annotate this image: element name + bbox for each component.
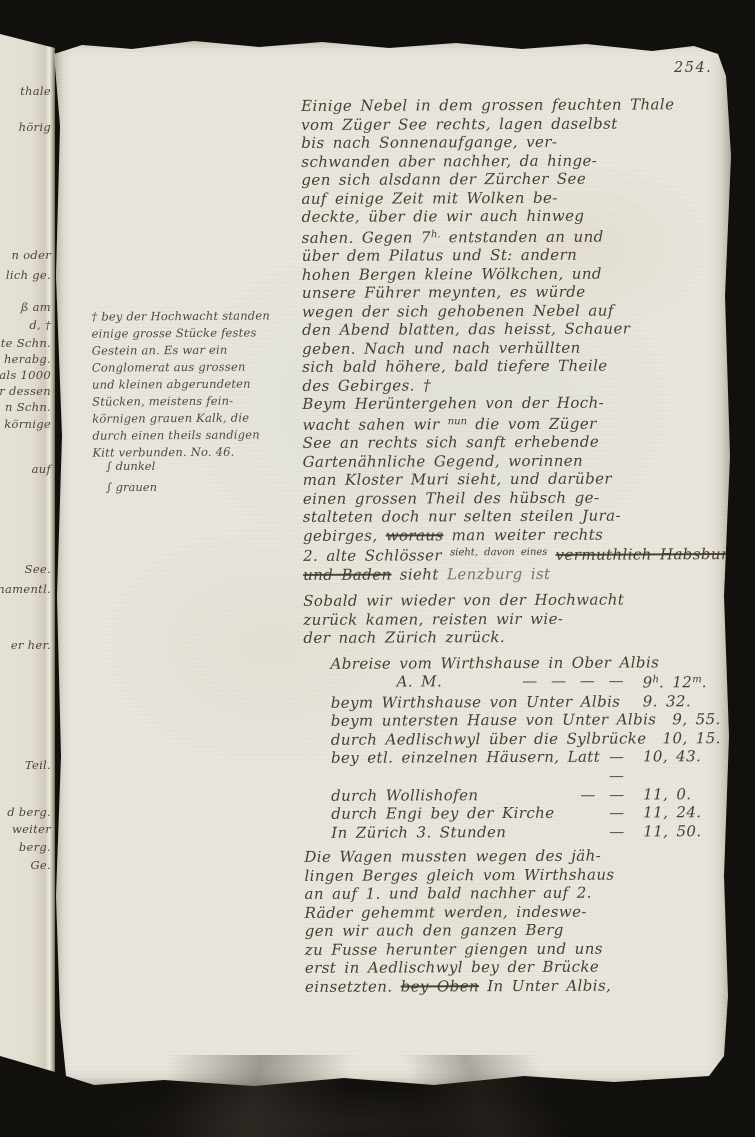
margin-color-insertions: ∫ dunkel∫ grauen [106, 456, 157, 498]
left-page-text-fragment: ß am [21, 300, 51, 314]
margin-note-line: körnigen grauen Kalk, die [85, 409, 290, 427]
text-line: zurück kamen, reisten wir wie- [290, 609, 736, 629]
text-line: des Gebirges. † [289, 375, 735, 395]
itinerary-dash [656, 710, 672, 729]
text-line: und Baden sieht Lenzburg ist [290, 564, 736, 584]
itinerary-row: beym untersten Hause von Unter Albis 9, … [331, 710, 715, 730]
itinerary-place: durch Aedlischwyl über die Sylbrücke [331, 729, 647, 749]
left-page-text-fragment: er her. [11, 638, 51, 652]
itinerary-dash: — — — — [442, 671, 643, 692]
text-line: deckte, über die wir auch hinweg [289, 206, 735, 226]
left-page-text-fragment: nter dessen [0, 384, 51, 398]
itinerary-place: durch Wollishofen [331, 786, 478, 805]
text-line: den Abend blatten, das heisst, Schauer [289, 319, 735, 339]
text-line: zu Fusse herunter giengen und uns [292, 939, 738, 959]
text-line: bis nach Sonnenaufgange, ver- [288, 132, 734, 152]
text-line: sahen. Gegen 7h. entstanden an und [289, 225, 735, 247]
itinerary-row: A. M. — — — — 9h. 12m. [331, 671, 715, 693]
paragraph-descent-view: Beym Herüntergehen von der Hoch-wacht sa… [289, 393, 736, 584]
itinerary-dash: — — [478, 785, 643, 804]
itinerary-dash: — [554, 804, 643, 823]
left-page-text-fragment: thale [20, 84, 51, 98]
text-line: geben. Nach und nach verhüllten [289, 338, 735, 358]
text-line: an auf 1. und bald nachher auf 2. [291, 883, 737, 903]
itinerary-time: 9. 32. [643, 692, 715, 711]
margin-note-line: Conglomerat aus grossen [85, 358, 290, 376]
previous-page-edge: thalehörign oderlich ge.ß amd, †ste Schn… [0, 26, 55, 1078]
margin-insertion-line: ∫ grauen [106, 477, 157, 498]
left-page-text-fragment: d, † [29, 318, 51, 332]
margin-insertion-line: ∫ dunkel [106, 456, 157, 477]
main-text: Einige Nebel in dem grossen feuchten Tha… [288, 95, 738, 996]
margin-note-line: † bey der Hochwacht standen [84, 307, 289, 325]
text-line: 2. alte Schlösser sieht, davon eines ver… [290, 543, 736, 565]
paragraph-wagon-brakes: Die Wagen mussten wegen des jäh-lingen B… [291, 846, 738, 996]
text-line: wegen der sich gehobenen Nebel auf [289, 301, 735, 321]
text-line: gebirges, woraus man weiter rechts [290, 525, 736, 545]
itinerary-row: durch Engi bey der Kirche — 11, 24. [331, 803, 715, 823]
text-line: lingen Berges gleich vom Wirthshaus [291, 865, 737, 885]
itinerary-dash: — [506, 822, 643, 841]
text-line: Räder gehemmt werden, indeswe- [292, 902, 738, 922]
left-page-text-fragment: Ge. [30, 858, 51, 872]
text-line: unsere Führer meynten, es würde [289, 282, 735, 302]
margin-note-line: Gestein an. Es war ein [85, 341, 290, 359]
itinerary-time: 11, 24. [643, 803, 715, 822]
text-line: gen wir auch den ganzen Berg [292, 920, 738, 940]
itinerary-table: A. M. — — — — 9h. 12m. beym Wirthshause … [331, 671, 716, 842]
margin-note-line: einige grosse Stücke festes [85, 324, 290, 342]
itinerary-place: durch Engi bey der Kirche [331, 804, 554, 824]
itinerary-header: Abreise vom Wirthshause in Ober Albis [290, 653, 736, 673]
text-line: auf einige Zeit mit Wolken be- [288, 188, 734, 208]
itinerary-row: beym Wirthshause von Unter Albis 9. 32. [331, 692, 715, 712]
scanner-cloth-fold [0, 1055, 755, 1137]
manuscript-page: 254. † bey der Hochwacht standeneinige g… [54, 36, 731, 1088]
itinerary-row: durch Wollishofen — — 11, 0. [331, 785, 715, 805]
margin-note-line: und kleinen abgerundeten [85, 375, 290, 393]
left-page-text-fragment: hörig [19, 120, 51, 134]
itinerary-time: 11, 0. [643, 785, 715, 804]
text-line: über dem Pilatus und St: andern [289, 245, 735, 265]
text-line: stalteten doch nur selten steilen Jura- [290, 506, 736, 526]
left-page-text-fragment: weiter [12, 822, 51, 836]
text-line: erst in Aedlischwyl bey der Brücke [292, 957, 738, 977]
itinerary-row: durch Aedlischwyl über die Sylbrücke 10,… [331, 729, 715, 749]
left-page-text-fragment: n oder [12, 248, 51, 262]
itinerary-time: 10, 43. [643, 747, 715, 785]
left-page-text-fragment: See. [25, 562, 51, 576]
text-line: See an rechts sich sanft erhebende [290, 432, 736, 452]
itinerary-time: 9, 55. [672, 710, 720, 729]
left-page-text-fragment: lich ge. [6, 268, 51, 282]
page-number: 254. [674, 60, 712, 76]
text-line: vom Züger See rechts, lagen daselbst [288, 114, 734, 134]
text-line: einen grossen Theil des hübsch ge- [290, 488, 736, 508]
itinerary-row: bey etl. einzelnen Häusern, Latt — — 10,… [331, 747, 715, 786]
left-page-text-fragment: namentl. [0, 582, 51, 596]
left-page-text-fragment: d berg. [7, 805, 51, 819]
text-line: Einige Nebel in dem grossen feuchten Tha… [288, 95, 734, 115]
left-page-text-fragment: herabg. [4, 352, 51, 366]
itinerary-place: A. M. [331, 672, 443, 693]
itinerary-dash: — — [600, 748, 643, 785]
text-line: Beym Herüntergehen von der Hoch- [289, 393, 735, 413]
itinerary-row: In Zürich 3. Stunden — 11, 50. [331, 822, 715, 842]
text-line: sich bald höhere, bald tiefere Theile [289, 356, 735, 376]
itinerary-time: 11, 50. [643, 822, 715, 841]
itinerary-place: beym Wirthshause von Unter Albis [331, 692, 621, 712]
text-line: einsetzten. bey Oben In Unter Albis, [292, 976, 738, 996]
left-page-text-fragment: Teil. [25, 758, 51, 772]
left-page-text-fragment: ste Schn. [0, 336, 51, 350]
text-line: gen sich alsdann der Zürcher See [288, 169, 734, 189]
text-line: Gartenähnliche Gegend, worinnen [290, 451, 736, 471]
left-page-text-fragment: auf [32, 462, 51, 476]
margin-note-line: durch einen theils sandigen [85, 426, 290, 444]
itinerary-place: bey etl. einzelnen Häusern, Latt [331, 748, 600, 786]
left-page-text-fragment: berg. [19, 840, 51, 854]
itinerary-time: 9h. 12m. [643, 671, 715, 692]
left-page-text-fragment: als 1000 [0, 368, 51, 382]
itinerary-dash [646, 729, 662, 748]
text-line: man Kloster Muri sieht, und darüber [290, 469, 736, 489]
text-line: der nach Zürich zurück. [290, 627, 736, 647]
itinerary-dash [620, 692, 642, 711]
paragraph-return-to-zurich: Sobald wir wieder von der Hochwachtzurüc… [290, 590, 736, 647]
left-page-text-fragment: körnige [4, 417, 51, 431]
text-line: wacht sahen wir nun die vom Züger [289, 412, 735, 434]
itinerary-place: In Zürich 3. Stunden [331, 823, 506, 842]
itinerary-time: 10, 15. [662, 729, 720, 748]
text-line: schwanden aber nachher, da hinge- [288, 151, 734, 171]
text-line: hohen Bergen kleine Wölkchen, und [289, 264, 735, 284]
itinerary-place: beym untersten Hause von Unter Albis [331, 711, 657, 731]
text-line: Die Wagen mussten wegen des jäh- [291, 846, 737, 866]
margin-note-line: Stücken, meistens fein- [85, 392, 290, 410]
margin-note: † bey der Hochwacht standeneinige grosse… [84, 307, 290, 461]
left-page-text-fragment: n Schn. [5, 400, 51, 414]
text-line: Sobald wir wieder von der Hochwacht [290, 590, 736, 610]
paragraph-fog-observations: Einige Nebel in dem grossen feuchten Tha… [288, 95, 735, 395]
